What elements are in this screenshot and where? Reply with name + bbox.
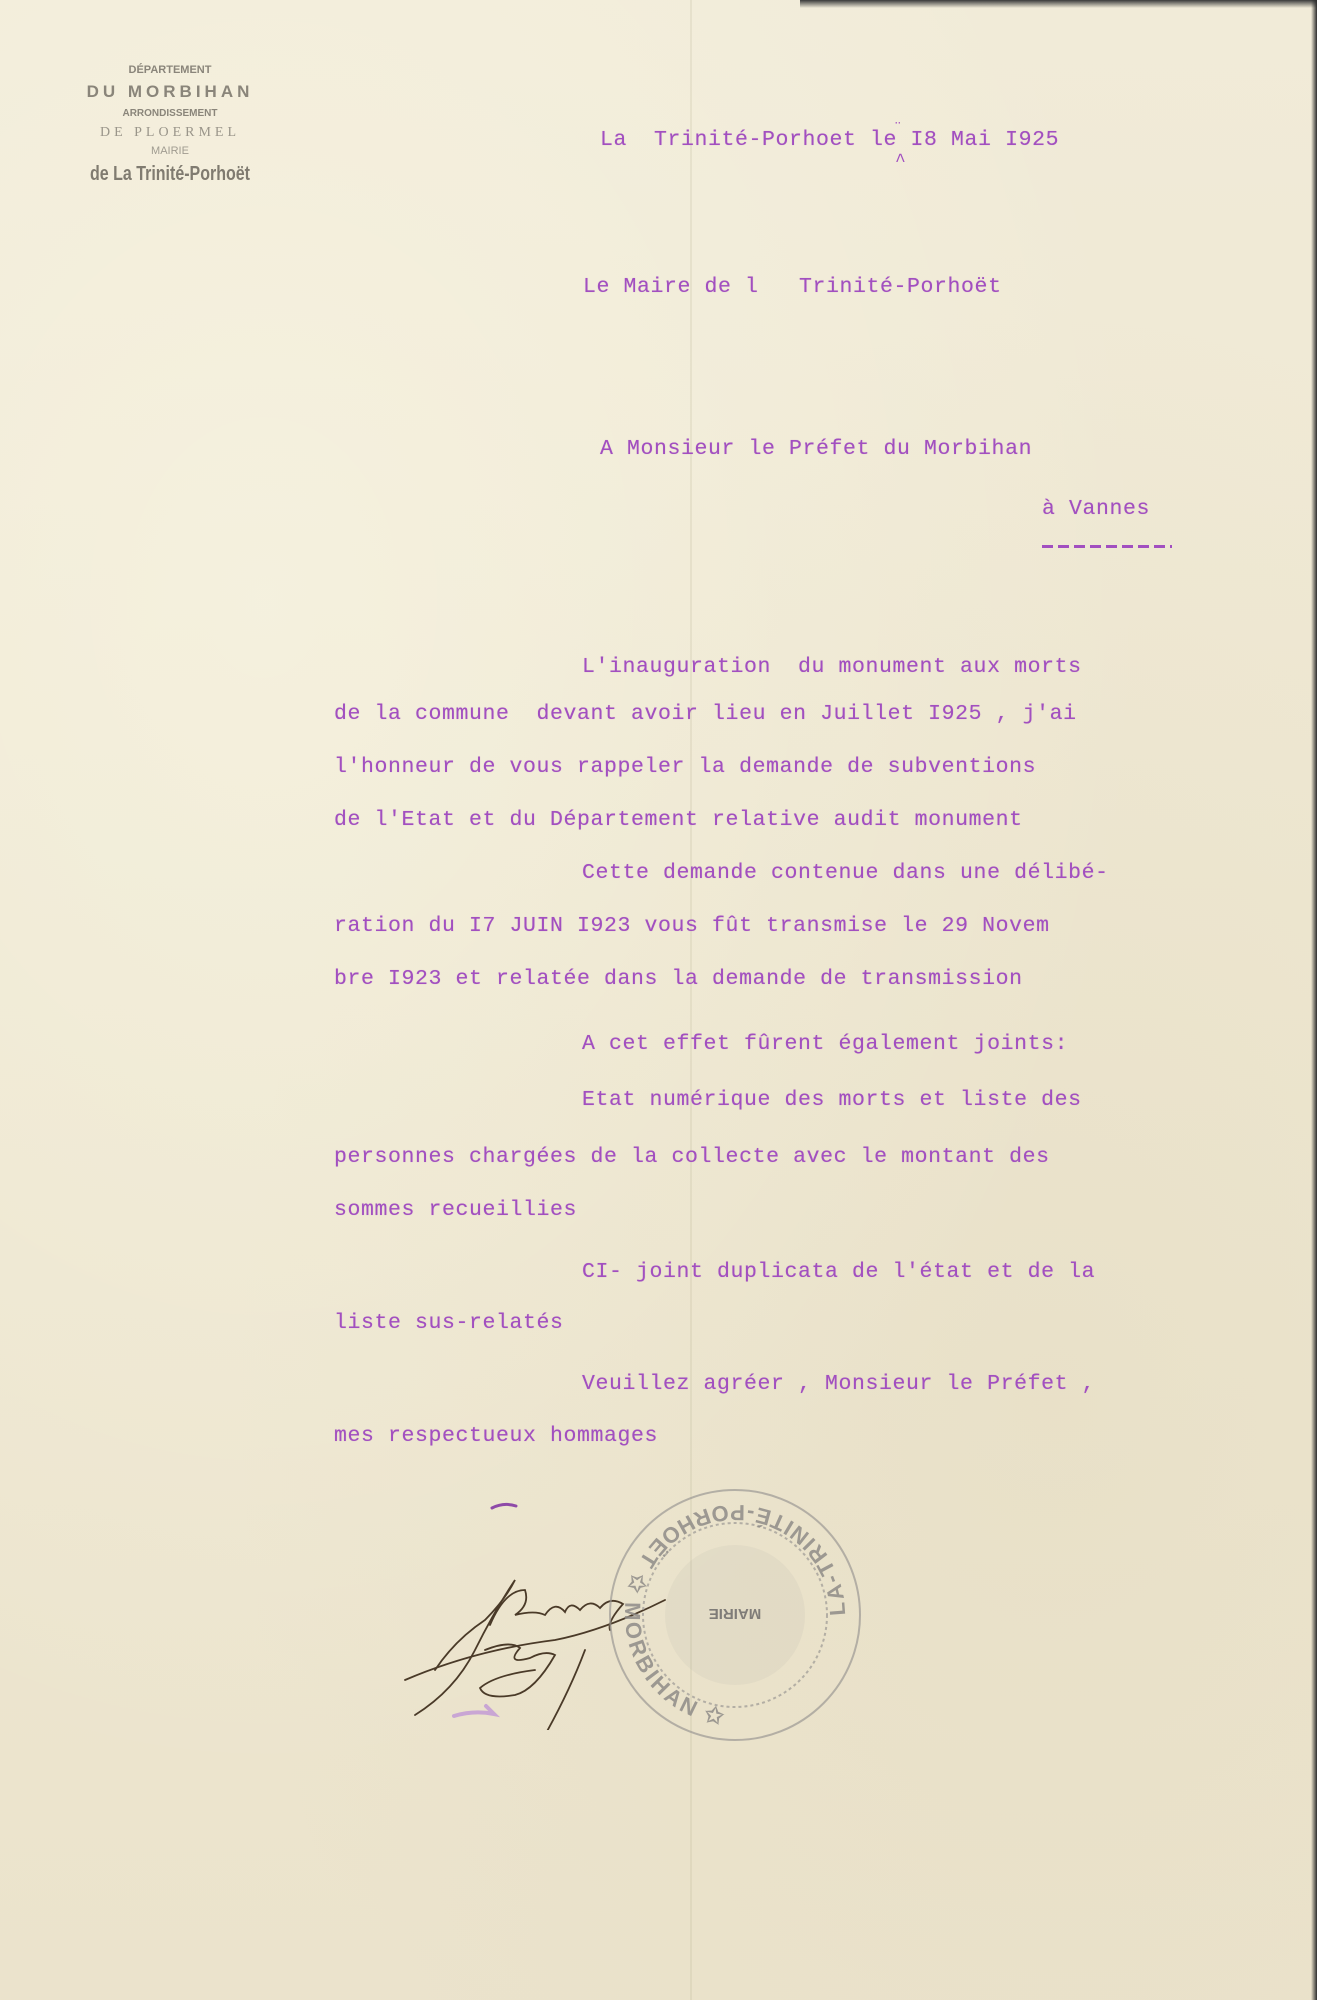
body-line: ration du I7 JUIN I923 vous fût transmis…	[334, 914, 1050, 938]
body-line: Veuillez agréer , Monsieur le Préfet ,	[582, 1372, 1095, 1396]
letterhead-department-name: DU MORBIHAN	[40, 82, 300, 102]
body-line: A cet effet fûrent également joints:	[582, 1032, 1068, 1056]
letterhead-arrondissement-name: DE PLOERMEL	[40, 125, 300, 141]
letterhead-commune: de La Trinité-Porhoët	[66, 163, 274, 186]
recipient-line-1: A Monsieur le Préfet du Morbihan	[600, 437, 1032, 461]
body-line: de l'Etat et du Département relative aud…	[334, 808, 1023, 832]
letterhead-arrondissement-label: ARRONDISSEMENT	[40, 108, 300, 119]
mairie-seal: LA-TRINITÉ-PORHOËT ✩ MORBIHAN ✩ MAIRIE	[600, 1480, 870, 1750]
diaeresis-mark: ¨	[893, 120, 903, 138]
scan-edge-top	[800, 0, 1317, 8]
dateline: La Trinité-Porhoet le I8 Mai I925	[600, 128, 1059, 152]
circumflex-mark: ^	[895, 152, 906, 172]
body-line: bre I923 et relatée dans la demande de t…	[334, 967, 1023, 991]
body-line: CI- joint duplicata de l'état et de la	[582, 1260, 1095, 1284]
recipient-underline	[1042, 545, 1172, 548]
body-line: Cette demande contenue dans une délibé-	[582, 861, 1109, 885]
body-line: personnes chargées de la collecte avec l…	[334, 1145, 1050, 1169]
body-line: liste sus-relatés	[334, 1311, 564, 1335]
ink-mark-top	[490, 1500, 520, 1514]
scan-edge-right	[1311, 0, 1317, 2000]
seal-center-text: MAIRIE	[709, 1605, 762, 1622]
letterhead-mairie-label: MAIRIE	[40, 145, 300, 157]
body-line: Etat numérique des morts et liste des	[582, 1088, 1082, 1112]
letterhead-department-label: DÉPARTEMENT	[40, 64, 300, 76]
body-line: sommes recueillies	[334, 1198, 577, 1222]
body-line: mes respectueux hommages	[334, 1424, 658, 1448]
recipient-line-2: à Vannes	[1042, 497, 1150, 521]
body-line: de la commune devant avoir lieu en Juill…	[334, 702, 1077, 726]
sender-line: Le Maire de l Trinité-Porhoët	[583, 275, 1002, 299]
letterhead: DÉPARTEMENT DU MORBIHAN ARRONDISSEMENT D…	[40, 64, 300, 186]
body-line: l'honneur de vous rappeler la demande de…	[334, 755, 1036, 779]
body-line: L'inauguration du monument aux morts	[582, 655, 1082, 679]
